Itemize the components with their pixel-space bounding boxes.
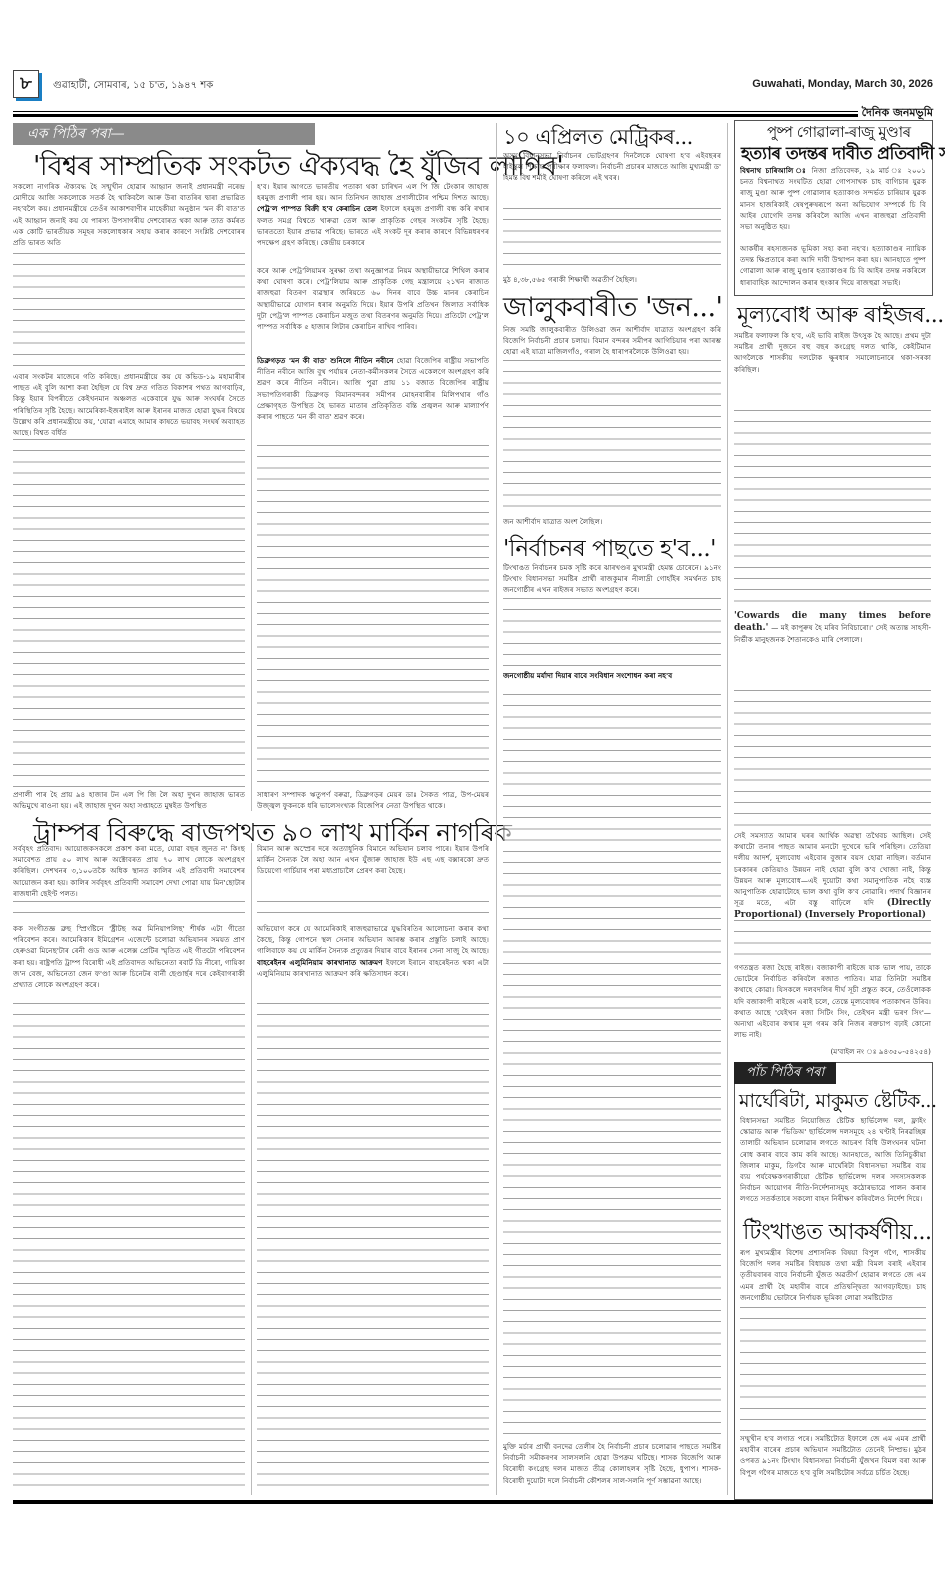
newspaper-page: ৮ গুৱাহাটী, সোমবাৰ, ১৫ চ'ত, ১৯৪৭ শক Guwa… — [13, 0, 933, 1571]
murder-lead: বিশ্বনাথ চাৰিআলি ঃ নিজা প্ৰতিবেদক, ২৯ মা… — [740, 165, 926, 243]
article1-col2-filler — [257, 445, 489, 789]
matric-end-text: মুঠ ৪,৩৮,৫৬৫ গৰাকী শিক্ষাৰ্থী অৱতীৰ্ণ হৈ… — [503, 275, 637, 284]
matric-end: মুঠ ৪,৩৮,৫৬৫ গৰাকী শিক্ষাৰ্থী অৱতীৰ্ণ হৈ… — [503, 274, 721, 286]
article1-col1-end-text: প্ৰণালী পাৰ হৈ প্ৰায় ৯৪ হাজাৰ টন এল পি … — [13, 790, 245, 810]
page-bottom-rule — [13, 1500, 933, 1504]
values-end-text: গণতন্ত্ৰত ৰজা হৈছে ৰাইজ। বজাকাপী ৰাইজে য… — [734, 963, 931, 1039]
article2-col2-subhead: বাহৰেইনৰ এলুমিনিয়াম কাৰখানাত আক্ৰমণ — [257, 958, 383, 967]
article1-col1-filler2 — [13, 439, 245, 789]
election-lead-text: টিংখাঙত নিৰ্বাচনৰ চমক সৃষ্টি কৰে ঝাৰখণ্ড… — [503, 563, 721, 594]
margherita-end: ব্যয় পৰ্যবেক্ষকগৰাকীয়ো ষ্টেটিক ছাৰ্ভিল… — [740, 1171, 926, 1215]
article1-col2-mid-text: কৰে আৰু পেট্ৰ'লিয়ামৰ সুৰক্ষা তথা অনুজ্ঞ… — [257, 266, 489, 331]
values-end: গণতন্ত্ৰত ৰজা হৈছে ৰাইজ। বজাকাপী ৰাইজে য… — [734, 962, 931, 1046]
date-english: Guwahati, Monday, March 30, 2026 — [752, 78, 933, 90]
article2-col2-lead: বিমান আৰু অস্প্ৰেৰ দৰে অত্যাধুনিক বিমানে… — [257, 843, 489, 901]
column-divider — [496, 123, 497, 1495]
values-inversely-proportional: (Inversely Proportional) — [804, 910, 925, 920]
values-lead: সমষ্টিৰ ফলাফল কি হ'ব, এই ভাবি ৰাইজ উৎসুক… — [734, 330, 931, 410]
article1-col1-end: প্ৰণালী পাৰ হৈ প্ৰায় ৯৪ হাজাৰ টন এল পি … — [13, 789, 245, 813]
article2-col1-lead: সৰ্ববৃহৎ প্ৰতিবাদ। আয়োজকসকলে প্ৰকাশ কৰা… — [13, 843, 245, 901]
margherita-end-text: ব্যয় পৰ্যবেক্ষকগৰাকীয়ো ষ্টেটিক ছাৰ্ভিল… — [740, 1172, 926, 1203]
article2-col1-filler2 — [13, 1003, 245, 1495]
values-mid: সেই সমস্যাত আমাৰ ঘৰৰ আৰ্থিক অৱস্থা তথৈবচ… — [734, 830, 931, 920]
article1-col1-mid-text: এবাৰ সংকটৰ মাজেৰে গতি কৰিছে। প্ৰধানমন্ত্… — [13, 372, 245, 437]
article2-col1-mid: কক সংগীতজ্ঞ ব্ৰুছ স্প্ৰিংষ্টিনে 'ষ্ট্ৰীট… — [13, 923, 245, 1003]
tinkhong-lead-text: ৰূপ মুখ্যমন্ত্ৰীৰ বিশেষ প্ৰশাসনিক বিষয়া… — [740, 1248, 926, 1302]
matric-lead-text: অসম বিধানসভা নিৰ্বাচনৰ ভোটগ্ৰহণৰ দিনলৈকে… — [503, 151, 721, 182]
article2-col2-lead-text: বিমান আৰু অস্প্ৰেৰ দৰে অত্যাধুনিক বিমানে… — [257, 844, 489, 875]
values-filler — [734, 410, 931, 608]
values-filler2 — [734, 690, 931, 830]
murder-dateline: বিশ্বনাথ চাৰিআলি ঃ — [740, 166, 808, 175]
article1-col2-lead-text: হ'ব। ইয়াৰ আগতে ভাৰতীয় পতাকা থকা চাৰিখন… — [257, 182, 489, 202]
page-number: ৮ — [13, 70, 39, 98]
masthead: ৮ গুৱাহাটী, সোমবাৰ, ১৫ চ'ত, ১৯৪৭ শক Guwa… — [13, 78, 933, 100]
values-lead-text: সমষ্টিৰ ফলাফল কি হ'ব, এই ভাবি ৰাইজ উৎসুক… — [734, 331, 931, 374]
values-contact: (ম'বাইল নং ঃ ৯৪৩৫০-৫৪২৫৪) — [734, 1046, 931, 1058]
column-divider — [251, 843, 252, 1495]
tinkhong-end: সম্মুখীন হ'ব লগাত পৰে। সমষ্টিটোত ইফালে জ… — [740, 1433, 926, 1495]
article2-col2-filler — [257, 901, 489, 923]
values-mid-text: সেই সমস্যাত আমাৰ ঘৰৰ আৰ্থিক অৱস্থা তথৈবচ… — [734, 831, 931, 907]
page-five-kicker: পাঁচ পিঠিৰ পৰা — [734, 1062, 836, 1084]
article2-col2-filler2 — [257, 1003, 489, 1495]
jalukbari-end: জন আশীৰ্বাদ যাত্ৰাত অংশ লৈছিল। — [503, 516, 721, 528]
election-filler — [503, 598, 721, 670]
election-filler2 — [503, 694, 721, 1439]
values-filler3 — [734, 920, 931, 962]
murder-end: আকৰ্ষীৰ ৰহস্যজনক ভূমিকা সহ্য কৰা নহ'ব। হ… — [740, 243, 926, 293]
continued-kicker: এক পিঠিৰ পৰা— — [13, 123, 315, 145]
date-assamese: গুৱাহাটী, সোমবাৰ, ১৫ চ'ত, ১৯৪৭ শক — [53, 78, 213, 95]
article1-col1-mid: এবাৰ সংকটৰ মাজেৰে গতি কৰিছে। প্ৰধানমন্ত্… — [13, 371, 245, 439]
article1-col2-subhead2: ডিব্ৰুগড়ত 'মন কী বাত' শুনিলে নীতিন নবীন… — [257, 356, 393, 365]
article1-col2-end-text: সাধাৰণ সম্পাদক ঋতুপৰ্ণ বৰুৱা, ডিব্ৰুগড়ৰ… — [257, 790, 489, 810]
jalukbari-end-text: জন আশীৰ্বাদ যাত্ৰাত অংশ লৈছিল। — [503, 517, 603, 526]
article1-col2-end: সাধাৰণ সম্পাদক ঋতুপৰ্ণ বৰুৱা, ডিব্ৰুগড়ৰ… — [257, 789, 489, 813]
values-contact-text: (ম'বাইল নং ঃ ৯৪৩৫০-৫৪২৫৪) — [830, 1047, 931, 1056]
murder-article-box: পুষ্প গোৱালা-ৰাজু মুণ্ডাৰ হত্যাৰ তদন্তৰ … — [734, 120, 933, 296]
murder-end-text: আকৰ্ষীৰ ৰহস্যজনক ভূমিকা সহ্য কৰা নহ'ব। হ… — [740, 244, 926, 287]
article1-col1-lead-text: সকলো নাগৰিক ঐক্যবদ্ধ হৈ সন্মুখীন হোৱাৰ আ… — [13, 182, 245, 247]
election-end: মুক্তি মৰ্চাৰ প্ৰাৰ্থী বনদেৱ তেলীৰ হৈ নি… — [503, 1441, 721, 1497]
article1-col2-sub: ডিব্ৰুগড়ত 'মন কী বাত' শুনিলে নীতিন নবীন… — [257, 355, 489, 445]
election-subhead: জনগোষ্ঠীয় মৰ্যাদা দিয়াৰ বাবে সংবিধান স… — [503, 670, 721, 694]
margherita-lead-text: বিধানসভা সমষ্টিত নিয়োজিত ষ্টেটিক ছাৰ্ভি… — [740, 1116, 926, 1171]
jalukbari-filler — [503, 360, 721, 516]
margherita-lead: বিধানসভা সমষ্টিত নিয়োজিত ষ্টেটিক ছাৰ্ভি… — [740, 1115, 926, 1171]
article1-col2-subhead: পেট্ৰ'ল পাম্পত বিক্ৰী হ'ব কেৰাচিন তেল — [257, 204, 377, 213]
article2-col1-lead-text: সৰ্ববৃহৎ প্ৰতিবাদ। আয়োজকসকলে প্ৰকাশ কৰা… — [13, 844, 245, 898]
values-quote: 'Cowards die many times before death.' —… — [734, 610, 931, 690]
page-five-box: পাঁচ পিঠিৰ পৰা মাৰ্ঘেৰিটা, মাকুমত ষ্টেটি… — [734, 1062, 933, 1500]
tinkhong-filler — [740, 1307, 926, 1431]
election-lead: টিংখাঙত নিৰ্বাচনৰ চমক সৃষ্টি কৰে ঝাৰখণ্ড… — [503, 562, 721, 598]
jalukbari-lead-text: নিজ সমষ্টি জালুকবাৰীত উলিওৱা জন আশীৰ্বাদ… — [503, 325, 721, 356]
tinkhong-end-text: সম্মুখীন হ'ব লগাত পৰে। সমষ্টিটোত ইফালে জ… — [740, 1434, 926, 1477]
article1-col2-mid: কৰে আৰু পেট্ৰ'লিয়ামৰ সুৰক্ষা তথা অনুজ্ঞ… — [257, 265, 489, 355]
jalukbari-lead: নিজ সমষ্টি জালুকবাৰীত উলিওৱা জন আশীৰ্বাদ… — [503, 324, 721, 360]
matric-lead: অসম বিধানসভা নিৰ্বাচনৰ ভোটগ্ৰহণৰ দিনলৈকে… — [503, 150, 721, 208]
article1-col2-lead: হ'ব। ইয়াৰ আগতে ভাৰতীয় পতাকা থকা চাৰিখন… — [257, 181, 489, 263]
article1-col1-filler — [13, 253, 245, 371]
article2-col2-mid: অভিযোগ কৰে যে আমেৰিকাই ৰাজহুৱাভাৱে যুদ্ধ… — [257, 923, 489, 1003]
column-divider — [727, 123, 728, 1495]
article2-col1-mid-text: কক সংগীতজ্ঞ ব্ৰুছ স্প্ৰিংষ্টিনে 'ষ্ট্ৰীট… — [13, 924, 245, 989]
masthead-rule-thin — [13, 111, 933, 112]
article2-col1-filler — [13, 901, 245, 923]
column-divider — [251, 181, 252, 811]
article1-col1-lead: সকলো নাগৰিক ঐক্যবদ্ধ হৈ সন্মুখীন হোৱাৰ আ… — [13, 181, 245, 253]
election-subhead-text: জনগোষ্ঠীয় মৰ্যাদা দিয়াৰ বাবে সংবিধান স… — [503, 671, 672, 680]
tinkhong-lead: ৰূপ মুখ্যমন্ত্ৰীৰ বিশেষ প্ৰশাসনিক বিষয়া… — [740, 1247, 926, 1307]
masthead-rule-thick — [13, 114, 933, 117]
murder-lead-text: নিজা প্ৰতিবেদক, ২৯ মাৰ্চ ঃ ২০০১ চনত বিশ্… — [740, 166, 926, 231]
election-end-text: মুক্তি মৰ্চাৰ প্ৰাৰ্থী বনদেৱ তেলীৰ হৈ নি… — [503, 1442, 721, 1485]
article1-col2-subbody-text: হোৱা বিজেপিৰ ৰাষ্ট্ৰীয় সভাপতি নীতিন নবী… — [257, 356, 489, 421]
matric-filler — [503, 208, 721, 274]
article2-col2-mid-text: অভিযোগ কৰে যে আমেৰিকাই ৰাজহুৱাভাৱে যুদ্ধ… — [257, 924, 489, 955]
